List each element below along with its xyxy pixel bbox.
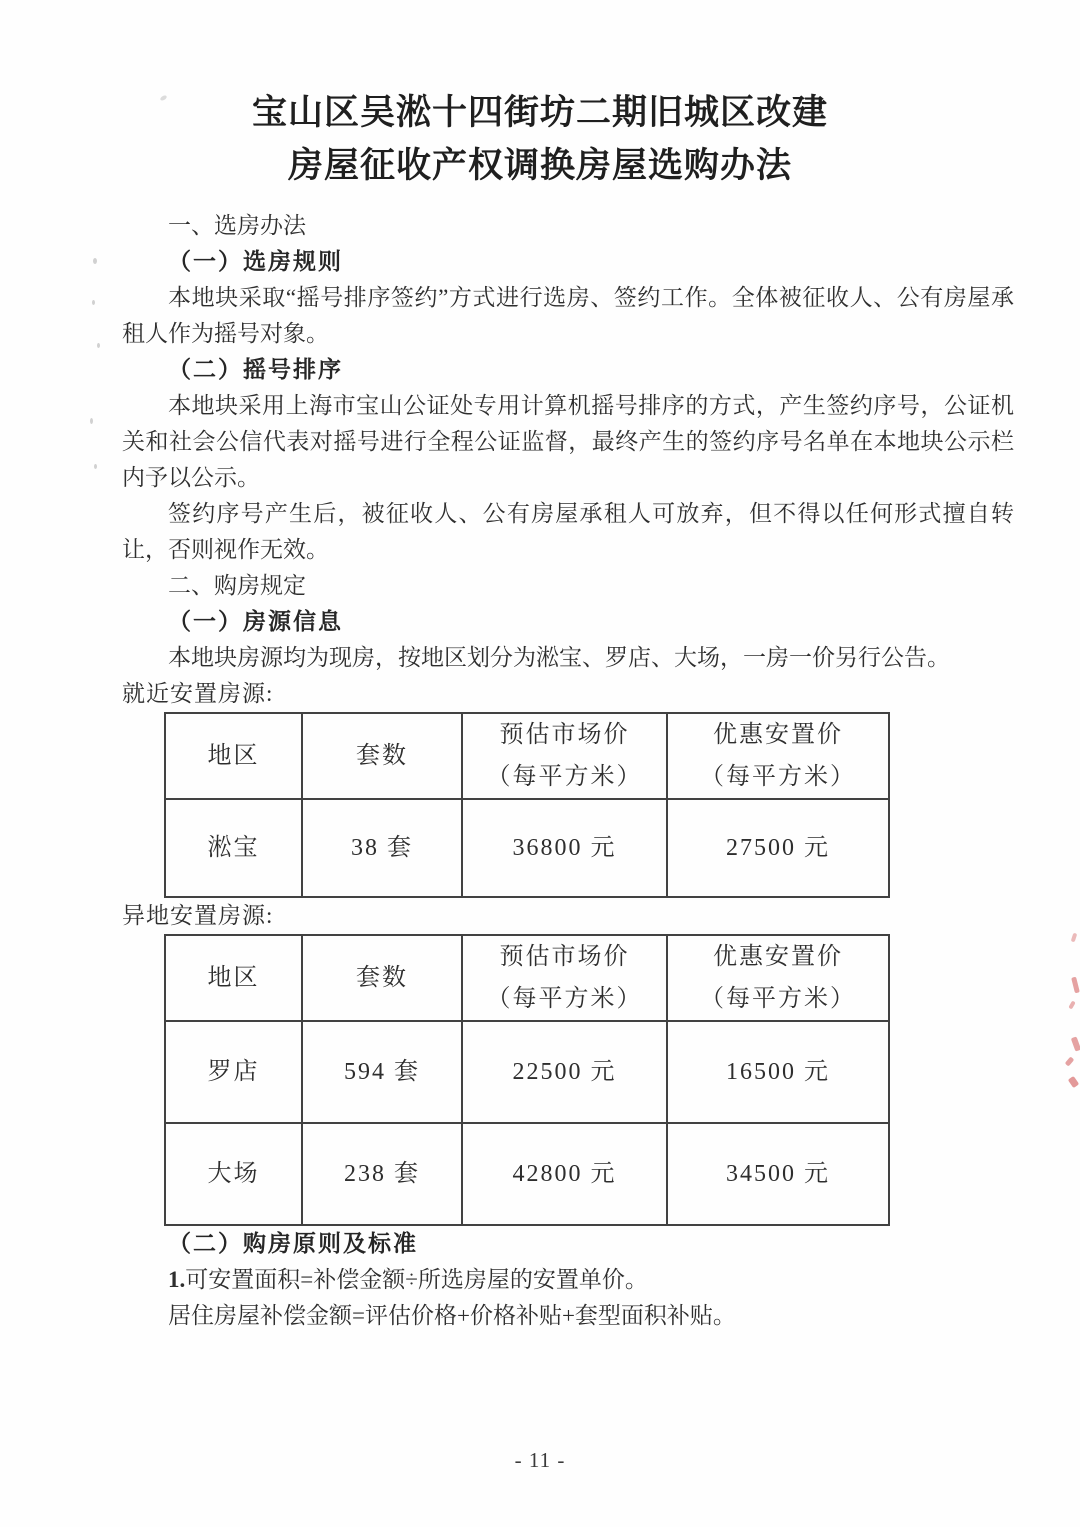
nearby-header-market-price: 预估市场价 （每平方米） <box>462 713 667 799</box>
nearby-cell-market-price: 36800 元 <box>462 799 667 897</box>
section-1-2-paragraph-2: 签约序号产生后，被征收人、公有房屋承租人可放弃，但不得以任何形式擅自转让，否则视… <box>122 496 1014 568</box>
page-number: - 11 - <box>0 1448 1080 1473</box>
offsite-cell-discount-price: 34500 元 <box>667 1123 889 1225</box>
table-row: 大场 238 套 42800 元 34500 元 <box>165 1123 889 1225</box>
document-page: 宝山区吴淞十四街坊二期旧城区改建 房屋征收产权调换房屋选购办法 一、选房办法 （… <box>0 0 1080 1527</box>
scan-speck <box>92 300 95 305</box>
offsite-cell-market-price: 42800 元 <box>462 1123 667 1225</box>
offsite-header-discount-price: 优惠安置价 （每平方米） <box>667 935 889 1021</box>
nearby-table-caption: 就近安置房源: <box>122 676 1014 712</box>
offsite-cell-count: 238 套 <box>302 1123 462 1225</box>
scan-speck <box>90 418 93 424</box>
nearby-header-row: 地区 套数 预估市场价 （每平方米） 优惠安置价 （每平方米） <box>165 713 889 799</box>
section-2-1-paragraph: 本地块房源均为现房，按地区划分为淞宝、罗店、大场，一房一价另行公告。 <box>122 640 1014 676</box>
nearby-header-area: 地区 <box>165 713 302 799</box>
section-1-2-paragraph-1: 本地块采用上海市宝山公证处专用计算机摇号排序的方式，产生签约序号，公证机关和社会… <box>122 388 1014 496</box>
offsite-housing-table: 地区 套数 预估市场价 （每平方米） 优惠安置价 （每平方米） 罗店 594 套… <box>164 934 890 1226</box>
section-1-1-paragraph: 本地块采取“摇号排序签约”方式进行选房、签约工作。全体被征收人、公有房屋承租人作… <box>122 280 1014 352</box>
document-body: 一、选房办法 （一）选房规则 本地块采取“摇号排序签约”方式进行选房、签约工作。… <box>122 208 1014 1334</box>
nearby-cell-count: 38 套 <box>302 799 462 897</box>
scan-speck <box>97 343 100 348</box>
offsite-cell-area: 大场 <box>165 1123 302 1225</box>
offsite-cell-area: 罗店 <box>165 1021 302 1123</box>
scan-speck <box>94 464 97 469</box>
offsite-header-market-price: 预估市场价 （每平方米） <box>462 935 667 1021</box>
offsite-cell-market-price: 22500 元 <box>462 1021 667 1123</box>
scan-speck <box>93 258 97 264</box>
table-row: 罗店 594 套 22500 元 16500 元 <box>165 1021 889 1123</box>
offsite-cell-count: 594 套 <box>302 1021 462 1123</box>
offsite-header-row: 地区 套数 预估市场价 （每平方米） 优惠安置价 （每平方米） <box>165 935 889 1021</box>
nearby-header-count: 套数 <box>302 713 462 799</box>
nearby-cell-discount-price: 27500 元 <box>667 799 889 897</box>
nearby-cell-area: 淞宝 <box>165 799 302 897</box>
offsite-header-count: 套数 <box>302 935 462 1021</box>
section-1-heading: 一、选房办法 <box>122 208 1014 244</box>
section-2-heading: 二、购房规定 <box>122 568 1014 604</box>
section-2-1-heading: （一）房源信息 <box>122 604 1014 640</box>
offsite-header-area: 地区 <box>165 935 302 1021</box>
nearby-header-discount-price: 优惠安置价 （每平方米） <box>667 713 889 799</box>
purchase-rule-2: 居住房屋补偿金额=评估价格+价格补贴+套型面积补贴。 <box>122 1298 1014 1334</box>
offsite-cell-discount-price: 16500 元 <box>667 1021 889 1123</box>
section-2-2-heading: （二）购房原则及标准 <box>122 1226 1014 1262</box>
section-1-2-heading: （二）摇号排序 <box>122 352 1014 388</box>
purchase-rule-1-text: 可安置面积=补偿金额÷所选房屋的安置单价。 <box>185 1267 648 1292</box>
red-seal-remnant <box>1054 925 1080 1125</box>
nearby-housing-table: 地区 套数 预估市场价 （每平方米） 优惠安置价 （每平方米） 淞宝 38 套 … <box>164 712 890 898</box>
purchase-rule-1: 1.可安置面积=补偿金额÷所选房屋的安置单价。 <box>122 1262 1014 1298</box>
document-title-line-1: 宝山区吴淞十四街坊二期旧城区改建 <box>0 86 1080 139</box>
purchase-rule-1-number: 1. <box>168 1267 185 1292</box>
offsite-table-caption: 异地安置房源: <box>122 898 1014 934</box>
table-row: 淞宝 38 套 36800 元 27500 元 <box>165 799 889 897</box>
document-title-line-2: 房屋征收产权调换房屋选购办法 <box>0 139 1080 192</box>
section-1-1-heading: （一）选房规则 <box>122 244 1014 280</box>
